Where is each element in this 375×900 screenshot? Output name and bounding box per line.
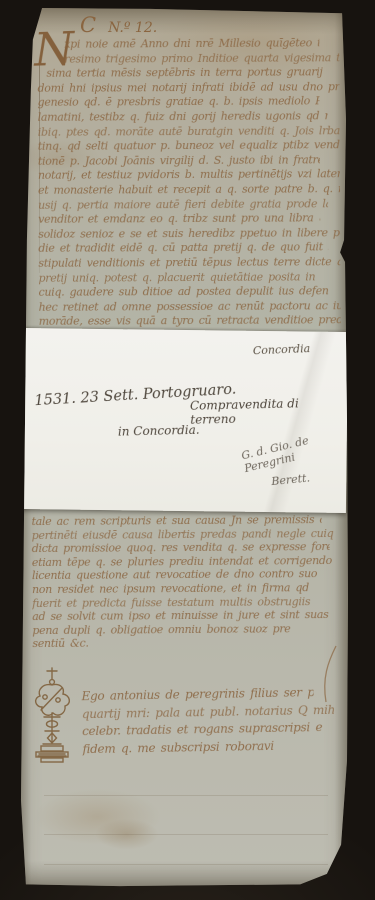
notary-signum-icon (30, 666, 74, 774)
notary-subscription-block: Ego antonius de peregrinis filius ser pe… (81, 684, 334, 758)
parchment-crease (44, 795, 328, 796)
manuscript-line: solidoz senioz e se et suis heredibz ppe… (38, 226, 340, 242)
slip-attribution-2: Berett. (271, 472, 311, 489)
manuscript-line: xpi noie amē Anno dni nrē Millesio quīgē… (64, 36, 319, 52)
manuscript-line: pretij uniq. potest q. placuerit quietāt… (38, 270, 320, 286)
manuscript-line: genesio qd. ē presbris gratiae q. b. ips… (38, 95, 320, 111)
manuscript-line: cuiq. gaudere sub ditioe ad postea depul… (39, 284, 329, 300)
slip-corner-note: Concordia (252, 342, 310, 357)
manuscript-line: usij q. pertia maiore autē fieri debite … (38, 197, 328, 213)
manuscript-line: resimo trigesimo primo Inditioe quarta v… (64, 51, 339, 67)
heading-letter: C (80, 13, 96, 37)
manuscript-line: die et tradidit eidē q. cū patta pretij … (38, 241, 328, 257)
manuscript-line: sima tertia mēsis septēbris in terra por… (46, 65, 327, 81)
manuscript-line: sentiū &c. (32, 635, 342, 651)
manuscript-line: ibiq. ptes qd. morāte autē buratgin vend… (38, 124, 340, 140)
manuscript-line: lamatini, testibz q. fuiz dni gorij here… (38, 109, 328, 125)
archivist-slip: Concordia 1531. 23 Sett. Portogruaro. Co… (19, 328, 348, 513)
parchment-crease (44, 864, 328, 865)
manuscript-line: stipulati venditionis et pretiū tēpus le… (38, 255, 340, 271)
archive-number: N.º 12. (108, 20, 157, 36)
manuscript-line: hec retinet ad omne possessioe ac renūt … (39, 299, 341, 315)
manuscript-line: fidem q. me subscripsi roboravi (82, 736, 334, 758)
photo-backdrop: CN.º 12. N xpi noie amē Anno dni nrē Mil… (0, 0, 375, 900)
manuscript-line: notarij, et testiuz pvidoris b. multis p… (38, 168, 340, 184)
parchment-crease (44, 834, 328, 835)
slip-attribution: G. d. Gio. de Peregrini (240, 426, 348, 475)
manuscript-line: et monasterie habuit et recepit a q. sor… (38, 182, 340, 198)
manuscript-line: tionē p. Jacobi Joānis virgilij d. S. ju… (38, 153, 320, 169)
manuscript-line: tinq. qd selti quatuor p. buneoz vel equ… (38, 138, 340, 154)
manuscript-block-upper: xpi noie amē Anno dni nrē Millesio quīgē… (37, 36, 341, 329)
manuscript-line: morāde, esse vis quā a tyro cū retracta … (39, 313, 341, 329)
archive-heading: CN.º 12. (80, 13, 157, 37)
manuscript-line: venditor et emdanz eo q. tribz sunt pro … (38, 211, 320, 227)
manuscript-line: domi hni ipsius mei notarij infrati ibid… (37, 80, 339, 96)
slip-subject-line: Compravendita di terreno (190, 395, 348, 427)
manuscript-block-lower: tale ac rem scripturis et sua causa Jn s… (32, 513, 343, 651)
parchment-sheet: CN.º 12. N xpi noie amē Anno dni nrē Mil… (18, 8, 348, 887)
slip-subject-line-2: in Concordia. (118, 423, 200, 439)
